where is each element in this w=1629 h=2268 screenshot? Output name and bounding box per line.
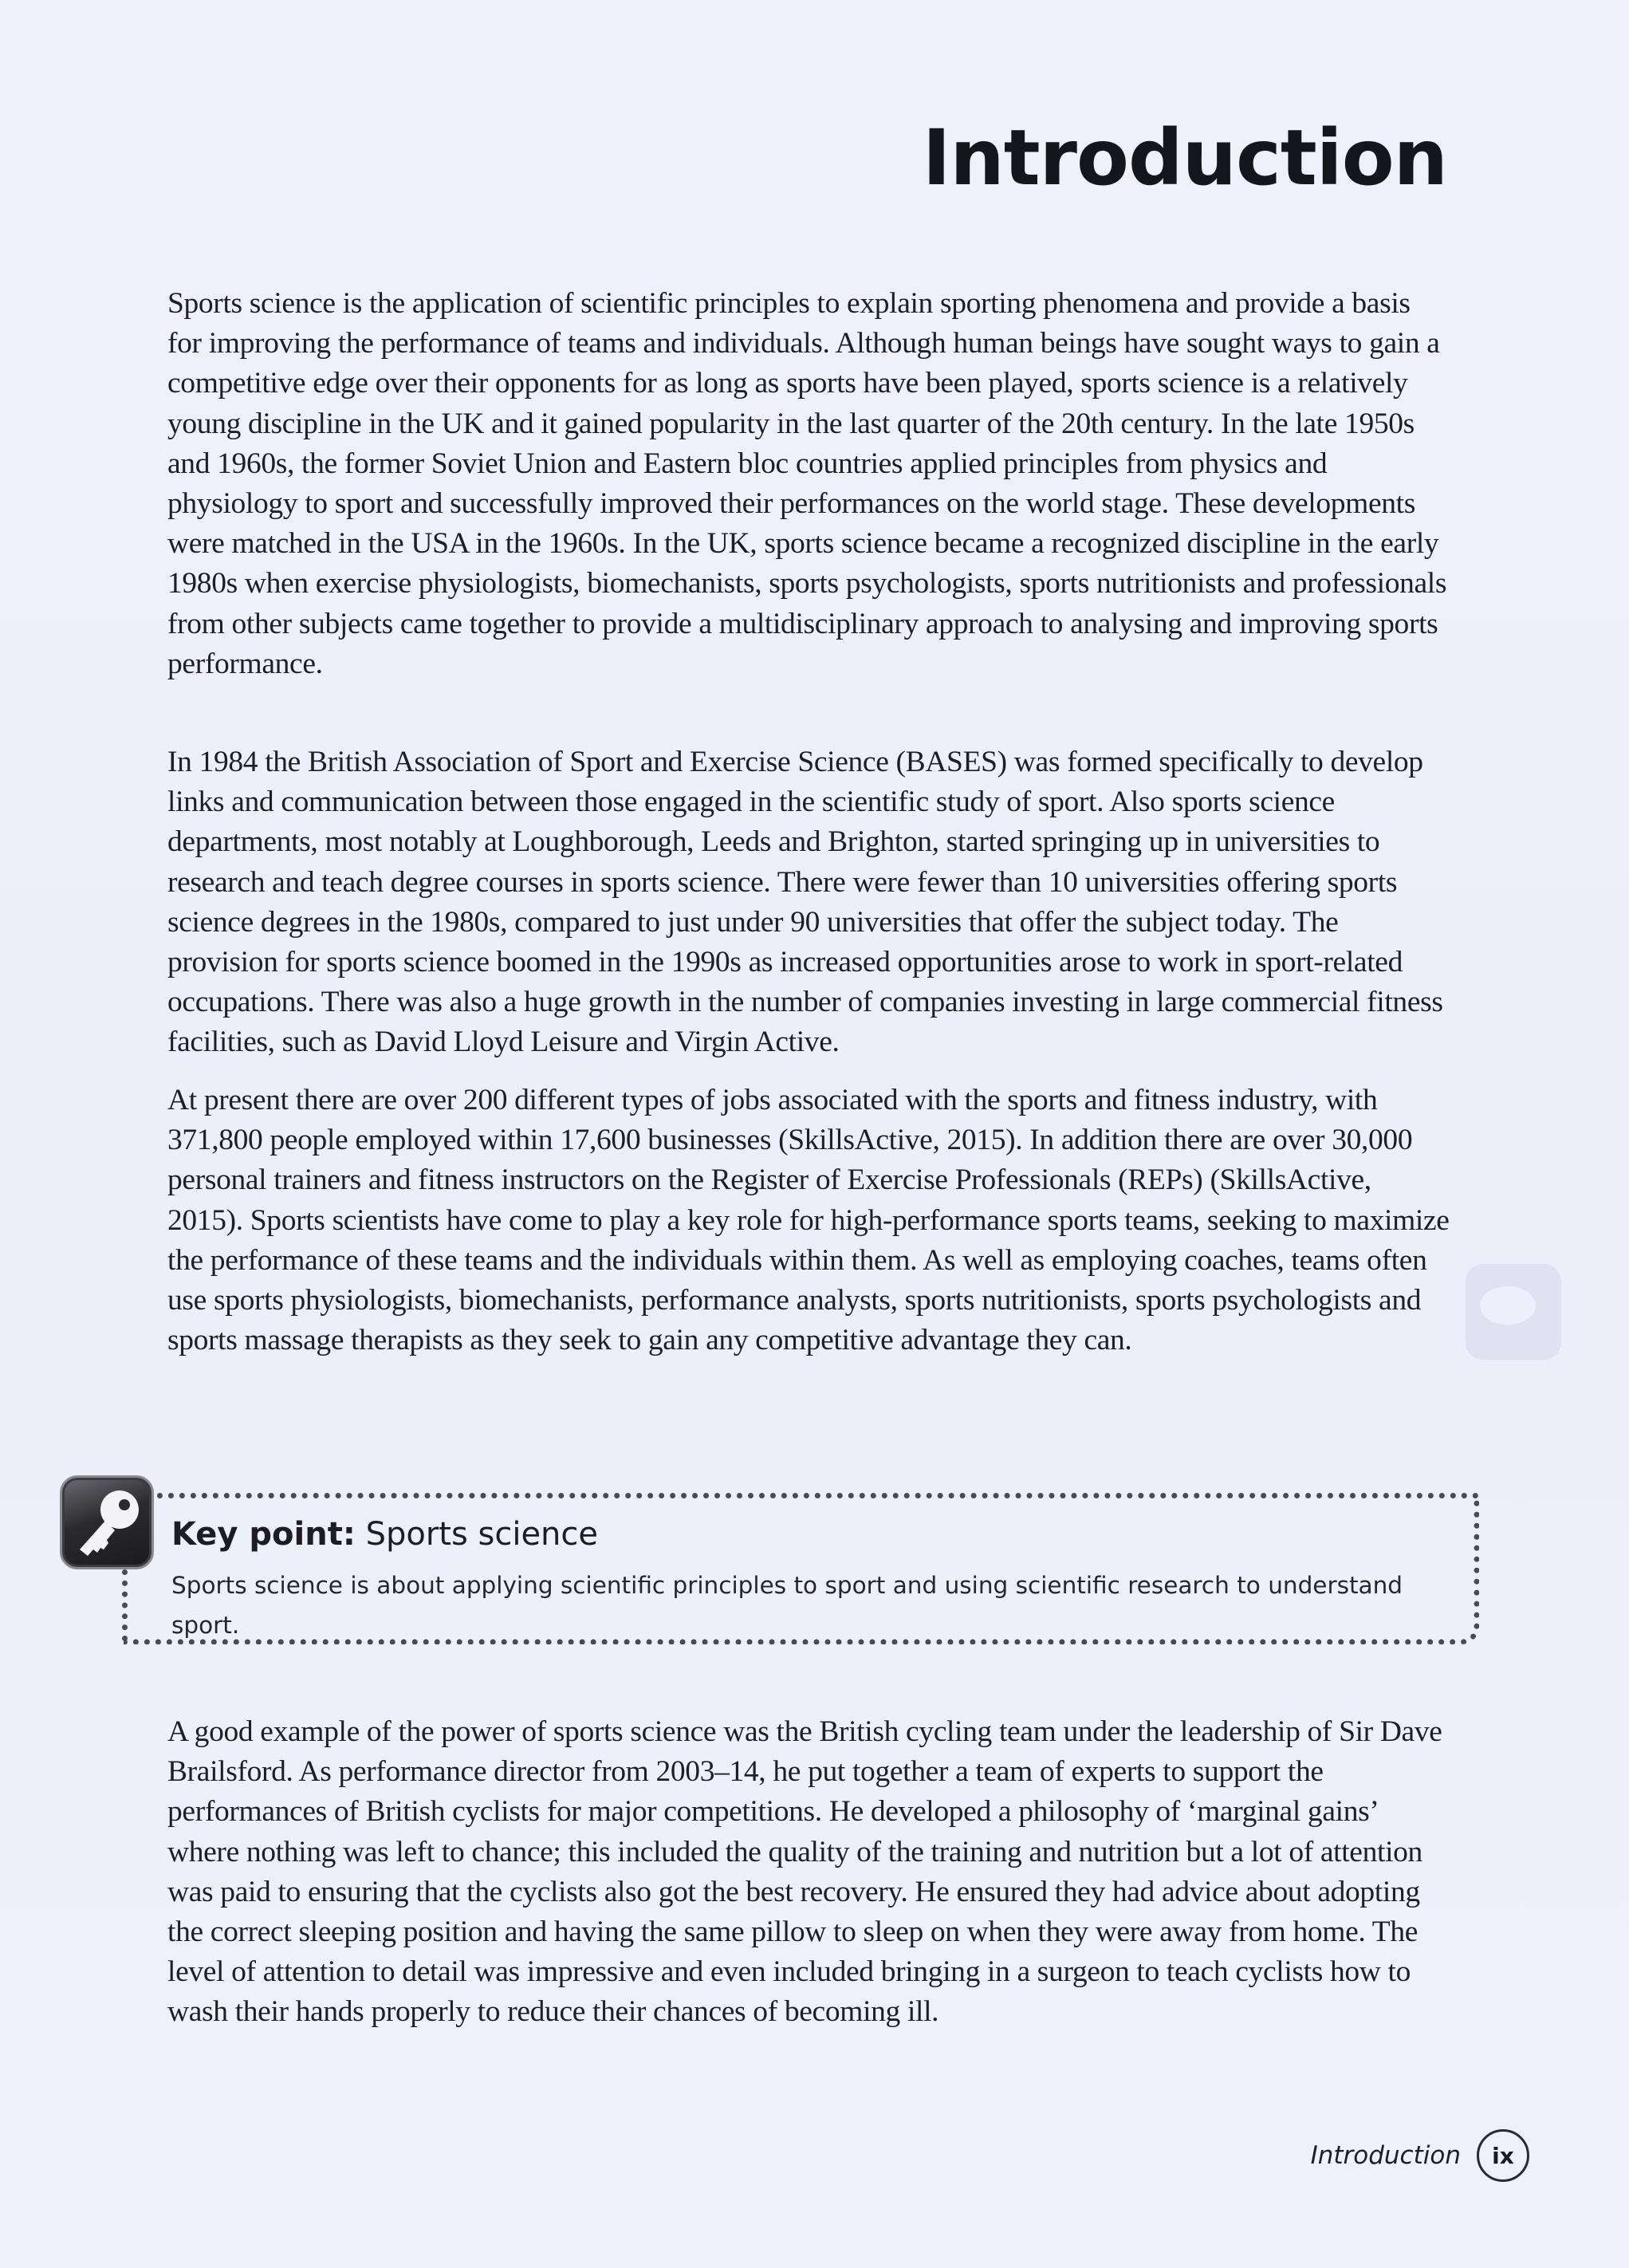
key-point-title: Key point: Sports science — [171, 1515, 598, 1553]
page-footer: Introduction ix — [1311, 2128, 1529, 2183]
key-point-text: Sports science is about applying scienti… — [171, 1565, 1415, 1645]
book-page: Introduction Sports science is the appli… — [0, 0, 1629, 2268]
key-point-dotted-border-left — [122, 1569, 128, 1641]
key-point-label: Key point: — [171, 1516, 356, 1553]
paragraph-industry-jobs: At present there are over 200 different … — [167, 1081, 1451, 1360]
show-through-quote-icon — [1466, 1264, 1561, 1360]
paragraph-british-cycling: A good example of the power of sports sc… — [167, 1712, 1451, 2033]
page-number: ix — [1477, 2129, 1529, 2182]
paragraph-bases-history: In 1984 the British Association of Sport… — [167, 742, 1451, 1063]
key-icon — [60, 1475, 154, 1569]
key-point-topic: Sports science — [366, 1516, 598, 1553]
paragraph-intro: Sports science is the application of sci… — [167, 284, 1451, 684]
key-point-box: Key point: Sports science Sports science… — [60, 1475, 1487, 1659]
footer-section-title: Introduction — [1311, 2141, 1461, 2170]
page-title: Introduction — [923, 120, 1447, 196]
